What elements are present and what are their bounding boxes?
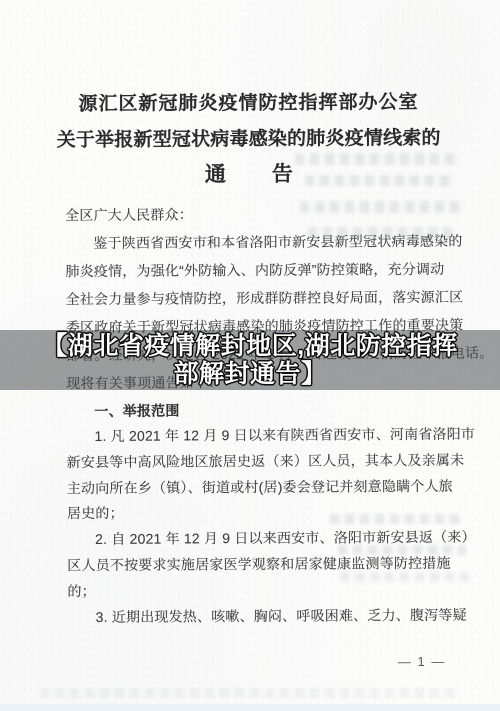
list-item-1-line: 1. 凡 2021 年 12 月 9 日以来有陕西省西安市、河南省洛阳市: [66, 422, 454, 450]
bleedthrough-smudge: [330, 514, 465, 524]
body-line: 全社会力量参与疫情防控，形成群防群控良好局面，落实源汇区: [66, 283, 454, 313]
page-number: — 1 —: [398, 654, 446, 669]
list-item-1-line: 新安县等中高风险地区旅居史返（来）区人员，其本人及亲属未: [67, 448, 455, 476]
body-line: 肺炎疫情，为强化“外防输入、内防反弹”防控策略，充分调动: [65, 255, 453, 285]
bleedthrough-smudge: [305, 175, 455, 186]
document-body-list: 1. 凡 2021 年 12 月 9 日以来有陕西省西安市、河南省洛阳市 新安县…: [66, 422, 455, 631]
bleedthrough-smudge: [295, 153, 460, 165]
bleedthrough-smudge: [40, 688, 460, 698]
scanned-notice-screenshot: 源汇区新冠肺炎疫情防控指挥部办公室 关于举报新型冠状病毒感染的肺炎疫情线索的 通…: [0, 0, 500, 711]
caption-overlay-line-2: 部解封通告】: [173, 360, 326, 388]
bleedthrough-smudge: [340, 572, 470, 582]
list-item-1-line: 主动向所在乡（镇）、街道或村(居)委会登记并刻意隐瞒个人旅: [67, 473, 455, 501]
bleedthrough-smudge: [338, 545, 466, 555]
caption-overlay-banner: 【湖北省疫情解封地区,湖北防控指挥 部解封通告】: [0, 330, 500, 390]
caption-overlay-line-1: 【湖北省疫情解封地区,湖北防控指挥: [42, 332, 457, 360]
bleedthrough-smudge: [308, 227, 458, 239]
section-heading-report-scope: 一、举报范围: [66, 395, 454, 425]
list-item-3-line: 3. 近期出现发热、咳嗽、胸闷、呼吸困难、乏力、腹泻等疑: [68, 602, 456, 630]
bleedthrough-smudge: [300, 201, 465, 213]
bottom-edge-strip: [0, 704, 500, 711]
document-title-line-2: 关于举报新型冠状病毒感染的肺炎疫情线索的: [0, 122, 499, 152]
document-title-line-1: 源汇区新冠肺炎疫情防控指挥部办公室: [0, 86, 499, 116]
